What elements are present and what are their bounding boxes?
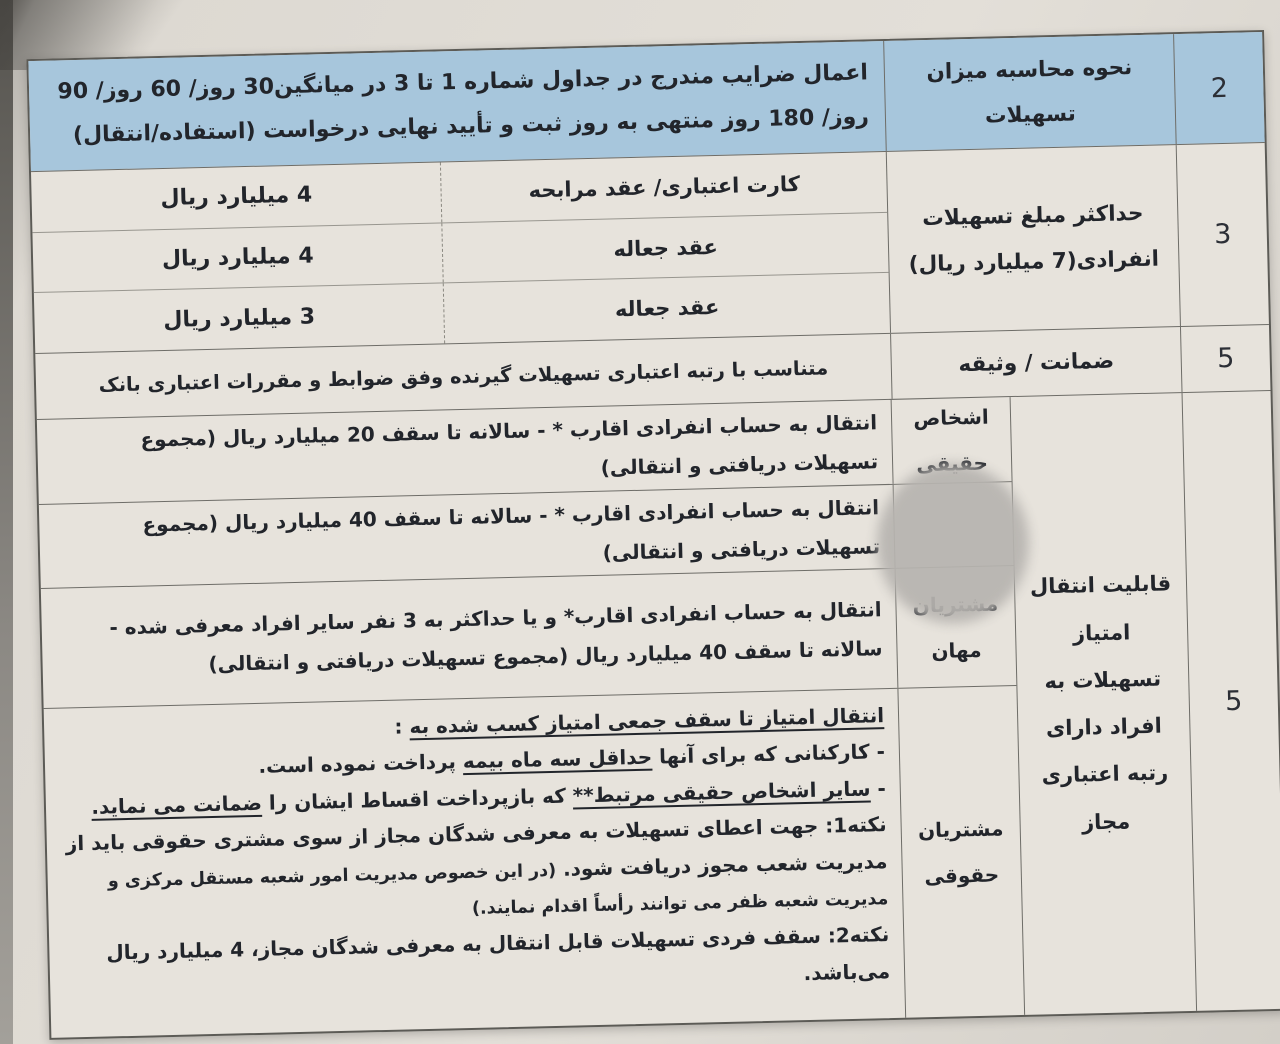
row-content: انتقال امتیاز تا سقف جمعی امتیاز کسب شده… xyxy=(44,689,907,1038)
row-content: کارت اعتباری/ عقد مرابحه 4 میلیارد ریال … xyxy=(31,152,891,353)
static-text: : xyxy=(394,714,410,738)
amount-value: 4 میلیارد ریال xyxy=(32,223,444,292)
transfer-subrows: اشخاص حقیقی انتقال به حساب انفرادی اقارب… xyxy=(37,397,1025,1038)
note-label: نکته2: xyxy=(828,922,890,947)
row-max-amount: 3 حداکثر مبلغ تسهیلات انفرادی(7 میلیارد … xyxy=(31,142,1269,353)
static-text: پرداخت نموده است. xyxy=(258,749,463,778)
note-label: نکته1: xyxy=(825,812,887,837)
row-number: 3 xyxy=(1177,143,1269,326)
row-number: 2 xyxy=(1174,32,1265,144)
row-label: ضمانت / وثیقه xyxy=(891,327,1182,399)
customer-group-label: مشتریان حقوقی xyxy=(898,686,1024,1018)
customer-group-label xyxy=(894,482,1014,568)
amount-value: 4 میلیارد ریال xyxy=(31,162,443,231)
row-number: 5 xyxy=(1181,325,1271,392)
table-row: مشتریان حقوقی انتقال امتیاز تا سقف جمعی … xyxy=(44,685,1025,1038)
contract-type: عقد جعاله xyxy=(444,273,890,343)
row-content: انتقال به حساب انفرادی اقارب* و یا حداکث… xyxy=(41,569,899,708)
underlined-text: حداقل سه ماه بیمه xyxy=(463,745,653,773)
row-points-transfer: 5 قابلیت انتقال امتیاز تسهیلات به افراد … xyxy=(37,390,1280,1038)
underlined-text: سایر اشخاص حقیقی مرتبط** xyxy=(572,776,870,807)
photo-edge-shadow xyxy=(0,0,13,1044)
table-row: مشتریان مهان انتقال به حساب انفرادی اقار… xyxy=(41,565,1017,708)
static-text: - xyxy=(870,776,886,800)
legal-note-1: نکته1: جهت اعطای تسهیلات به معرفی شدگان … xyxy=(60,806,888,936)
row-label: نحوه محاسبه میزان تسهیلات xyxy=(884,34,1177,151)
row-label: حداکثر مبلغ تسهیلات انفرادی(7 میلیارد ری… xyxy=(887,145,1181,333)
contract-type: عقد جعاله xyxy=(443,213,889,283)
amount-value: 3 میلیارد ریال xyxy=(34,284,446,353)
underlined-text: انتقال امتیاز تا سقف جمعی امتیاز کسب شده… xyxy=(409,703,884,738)
row-content: اعمال ضرایب مندرج در جداول شماره 1 تا 3 … xyxy=(28,41,886,171)
static-text: سقف فردی تسهیلات قابل انتقال به معرفی شد… xyxy=(106,924,890,985)
underlined-text: ضمانت می نماید. xyxy=(91,791,262,819)
static-text: که بازپرداخت اقساط ایشان را xyxy=(262,783,573,814)
row-label: قابلیت انتقال امتیاز تسهیلات به افراد دا… xyxy=(1011,393,1198,1015)
facilities-table: 2 نحوه محاسبه میزان تسهیلات اعمال ضرایب … xyxy=(26,30,1280,1040)
static-text: - کارکنانی که برای آنها xyxy=(652,740,885,769)
row-number: 5 xyxy=(1183,391,1280,1011)
contract-type: کارت اعتباری/ عقد مرابحه xyxy=(441,152,887,222)
